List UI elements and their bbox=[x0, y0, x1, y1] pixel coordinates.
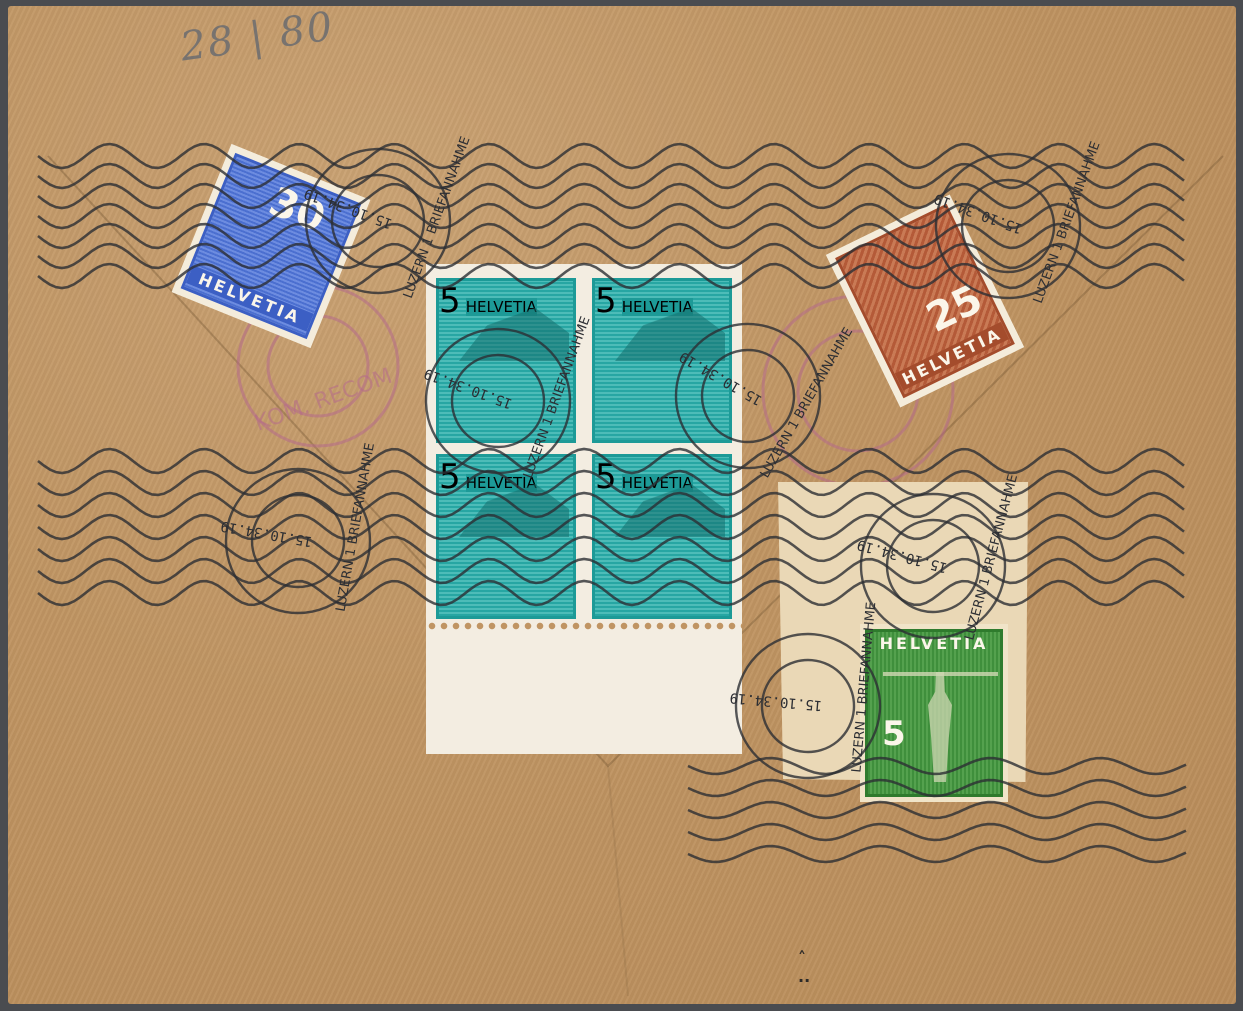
stamp-value: 5 bbox=[439, 281, 461, 321]
boy-figure-illustration bbox=[920, 672, 960, 782]
stamp-value: 30 bbox=[263, 178, 332, 242]
stamp-teal-5: 5 HELVETIA bbox=[592, 278, 732, 443]
stamp-value: 5 bbox=[595, 281, 617, 321]
stamp-block-of-four: 5 HELVETIA 5 HELVETIA 5 HELVETIA 5 HELVE… bbox=[426, 264, 742, 754]
stamp-teal-5: 5 HELVETIA bbox=[436, 454, 576, 619]
bottom-ink-mark: ˄ .. bbox=[798, 948, 820, 960]
stamp-teal-5: 5 HELVETIA bbox=[436, 278, 576, 443]
stamp-value: 5 bbox=[595, 457, 617, 497]
envelope-back: 28 | 80 KOM. RECOM 30 HELVETIA 25 HELVET… bbox=[8, 6, 1236, 1004]
stamp-value: 5 bbox=[882, 714, 906, 754]
stamp-teal-5: 5 HELVETIA bbox=[592, 454, 732, 619]
stamp-country: HELVETIA bbox=[868, 634, 1000, 653]
stamp-green-5: HELVETIA 5 bbox=[860, 624, 1008, 802]
perforation-row bbox=[426, 622, 742, 630]
stamp-value: 5 bbox=[439, 457, 461, 497]
